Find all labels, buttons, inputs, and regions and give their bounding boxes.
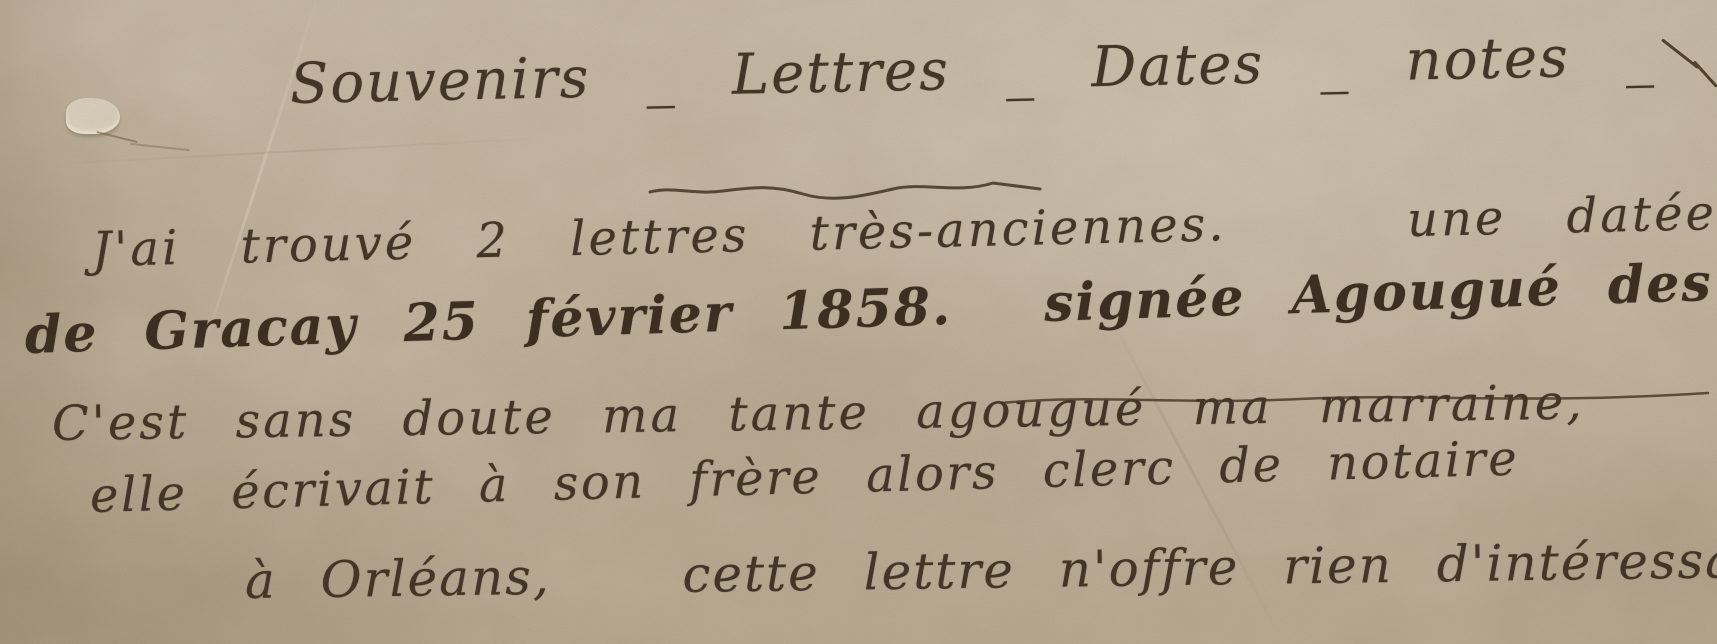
manuscript-title: Souvenirs _ Lettres _ Dates _ notes _ bbox=[289, 23, 1656, 117]
manuscript-line-5: à Orléans, cette lettre n'offre rien d'i… bbox=[245, 530, 1717, 610]
pen-mark-top-right bbox=[1693, 60, 1717, 87]
pen-mark-top-right bbox=[1661, 38, 1699, 69]
paper-crack-line bbox=[130, 143, 190, 151]
paper-crack-line bbox=[96, 131, 137, 143]
divider-flourish bbox=[648, 176, 1043, 202]
manuscript-page: Souvenirs _ Lettres _ Dates _ notes _ J'… bbox=[0, 0, 1717, 644]
paper-tear-mark bbox=[66, 98, 120, 134]
paper-crease bbox=[40, 136, 559, 165]
